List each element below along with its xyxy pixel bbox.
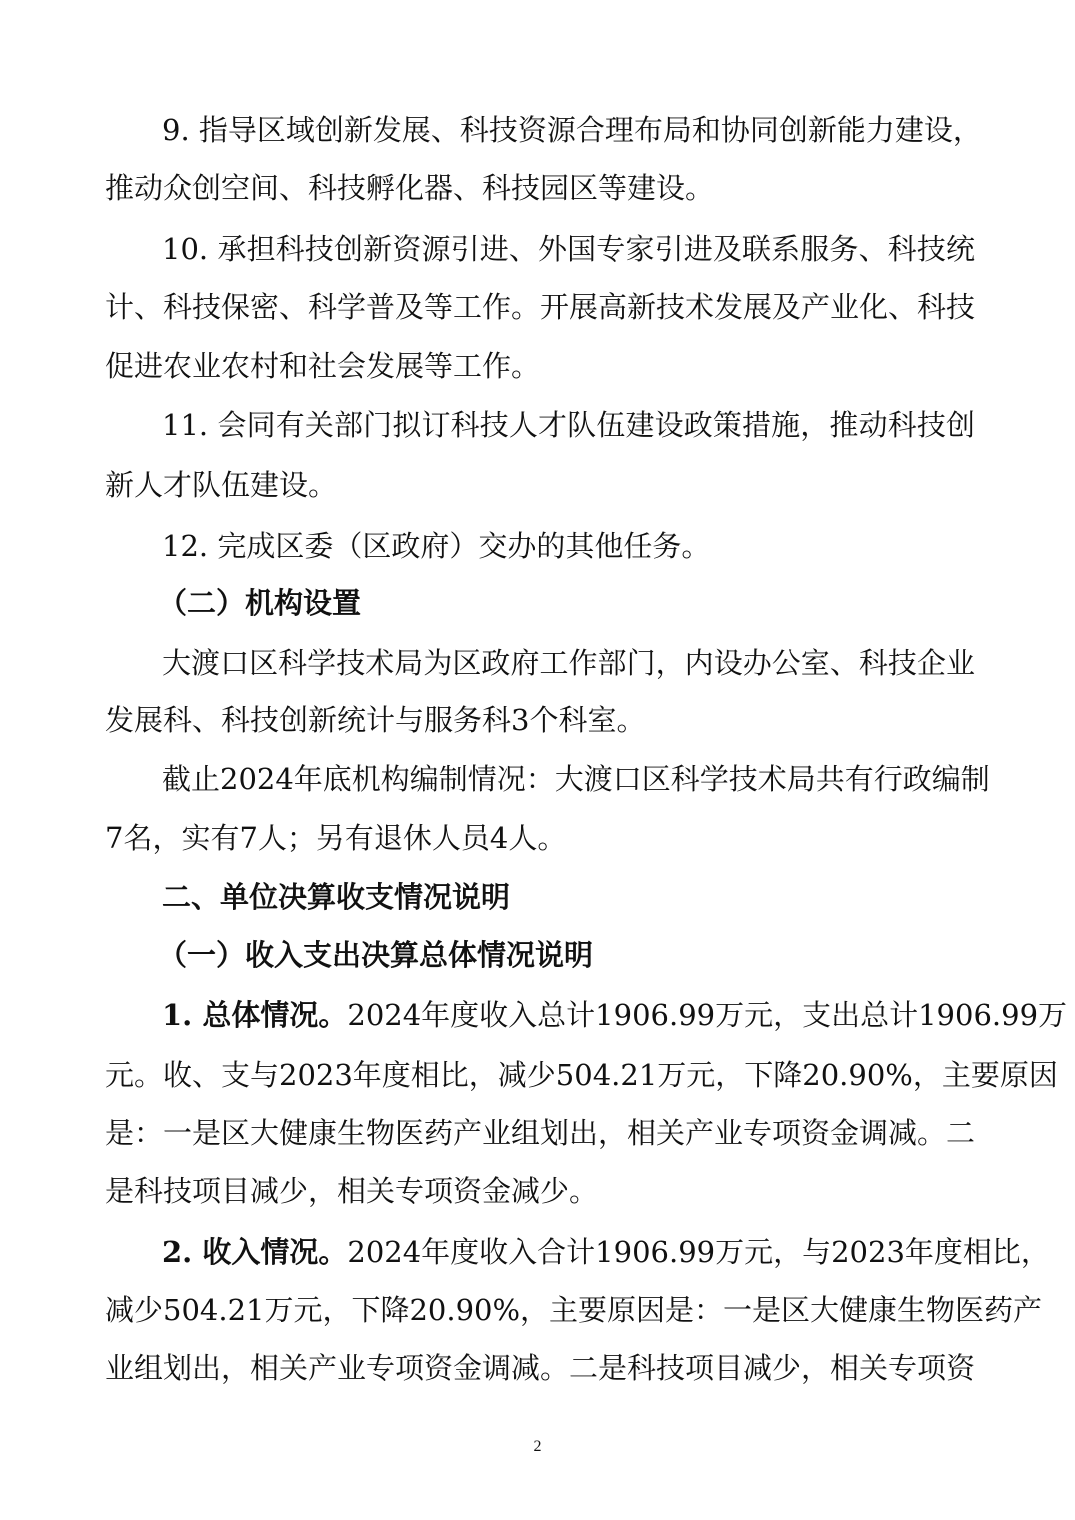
item-10-line-3: 促进农业农村和社会发展等工作。: [105, 348, 975, 384]
heading-section-2: 二、单位决算收支情况说明: [162, 879, 975, 915]
item-9-line-2: 推动众创空间、科技孵化器、科技园区等建设。: [105, 170, 975, 206]
org-description-line-1: 大渡口区科学技术局为区政府工作部门，内设办公室、科技企业: [162, 645, 975, 681]
item-10-line-1: 10. 承担科技创新资源引进、外国专家引进及联系服务、科技统: [162, 231, 975, 267]
income-situation-lead: 2. 收入情况。: [162, 1235, 347, 1269]
overall-situation-lead: 1. 总体情况。: [162, 998, 347, 1032]
item-9-line-1: 9. 指导区域创新发展、科技资源合理布局和协同创新能力建设，: [162, 112, 975, 148]
income-situation-line-2: 减少504.21万元，下降20.90%，主要原因是：一是区大健康生物医药产: [105, 1292, 975, 1328]
income-situation-text: 2024年度收入合计1906.99万元，与2023年度相比，: [347, 1235, 1050, 1269]
heading-org-setup: （二）机构设置: [158, 585, 971, 621]
overall-situation-line-2: 元。收、支与2023年度相比，减少504.21万元，下降20.90%，主要原因: [105, 1057, 975, 1093]
income-situation-line-1: 2. 收入情况。2024年度收入合计1906.99万元，与2023年度相比，: [162, 1234, 975, 1270]
heading-overall: （一）收入支出决算总体情况说明: [158, 937, 971, 973]
staffing-line-2: 7名，实有7人；另有退休人员4人。: [105, 820, 975, 856]
org-description-line-2: 发展科、科技创新统计与服务科3个科室。: [105, 702, 975, 738]
item-12-line-1: 12. 完成区委（区政府）交办的其他任务。: [162, 528, 975, 564]
overall-situation-line-4: 是科技项目减少，相关专项资金减少。: [105, 1173, 975, 1209]
page-number: 2: [0, 1438, 1075, 1456]
overall-situation-text: 2024年度收入总计1906.99万元，支出总计1906.99万: [347, 998, 1067, 1032]
staffing-line-1: 截止2024年底机构编制情况：大渡口区科学技术局共有行政编制: [162, 761, 975, 797]
item-10-line-2: 计、科技保密、科学普及等工作。开展高新技术发展及产业化、科技: [105, 289, 975, 325]
item-11-line-2: 新人才队伍建设。: [105, 467, 975, 503]
item-11-line-1: 11. 会同有关部门拟订科技人才队伍建设政策措施，推动科技创: [162, 407, 975, 443]
document-page: 9. 指导区域创新发展、科技资源合理布局和协同创新能力建设， 推动众创空间、科技…: [0, 0, 1075, 1520]
overall-situation-line-3: 是：一是区大健康生物医药产业组划出，相关产业专项资金调减。二: [105, 1115, 975, 1151]
overall-situation-line-1: 1. 总体情况。2024年度收入总计1906.99万元，支出总计1906.99万: [162, 997, 975, 1033]
income-situation-line-3: 业组划出，相关产业专项资金调减。二是科技项目减少，相关专项资: [105, 1350, 975, 1386]
